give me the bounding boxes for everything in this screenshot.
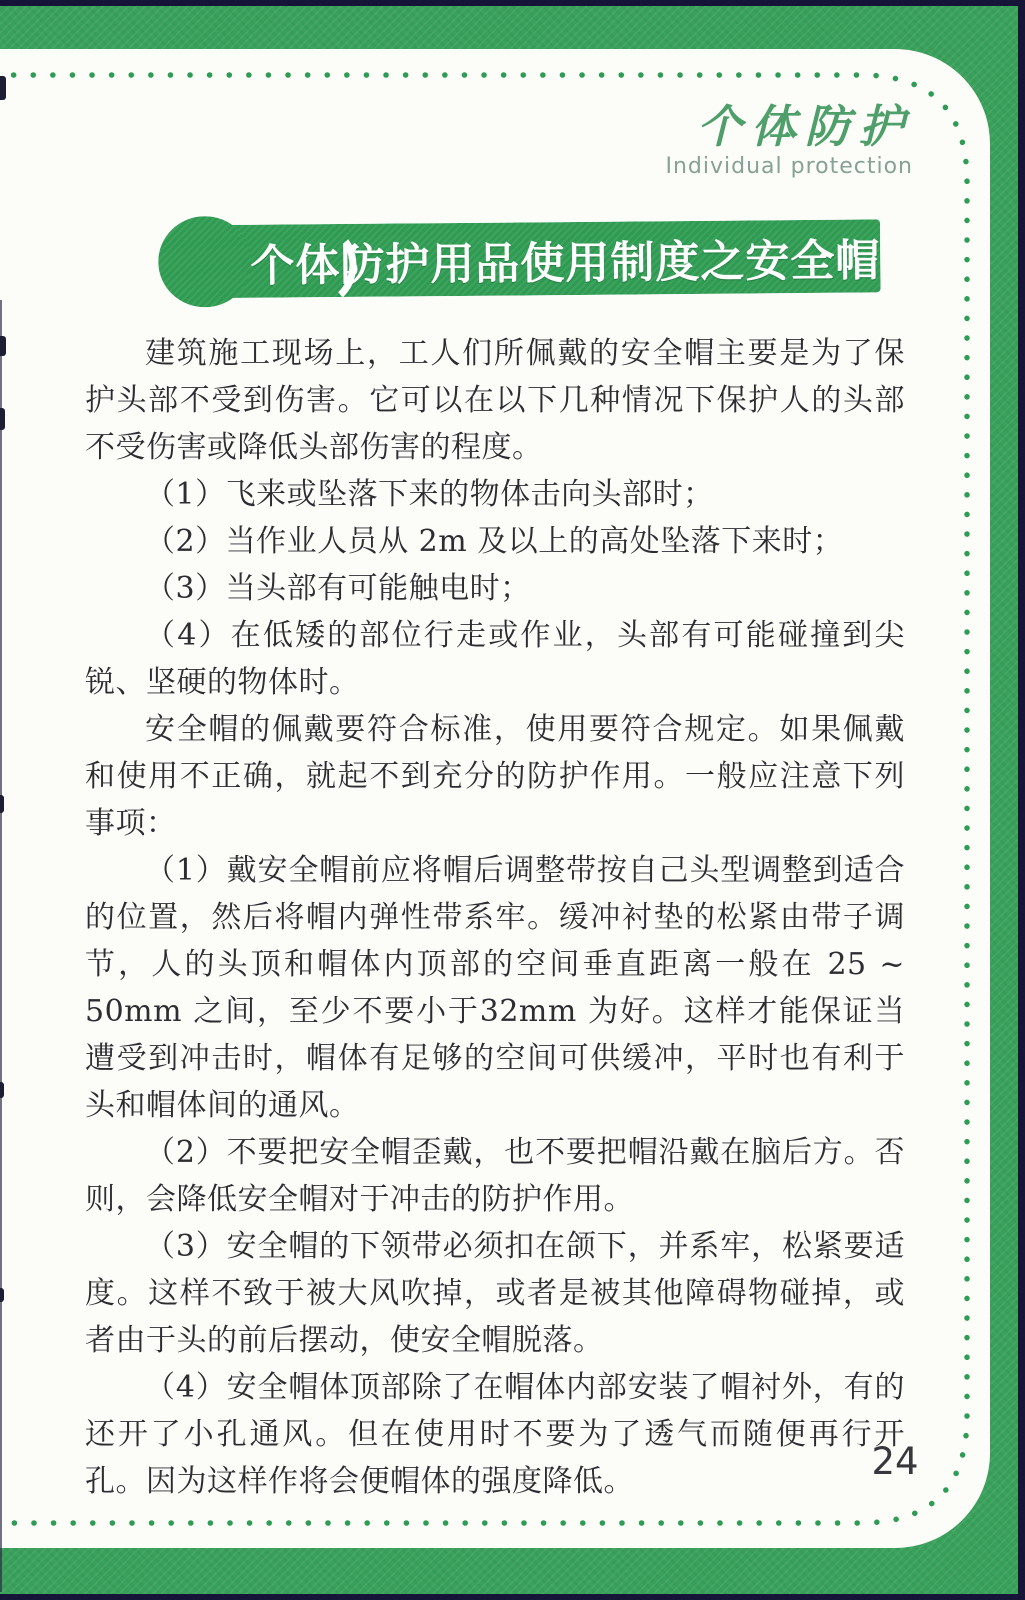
- body-list-item: （4）安全帽体顶部除了在帽体内部安装了帽衬外，有的还开了小孔通风。但在使用时不要…: [85, 1364, 905, 1505]
- binding-edge-artifact: [0, 300, 2, 1592]
- binding-mark: [0, 1288, 4, 1302]
- body-list-item: （1）飞来或坠落下来的物体击向头部时；: [85, 471, 905, 518]
- body-paragraph: 安全帽的佩戴要符合标准，使用要符合规定。如果佩戴和使用不正确，就起不到充分的防护…: [85, 706, 905, 847]
- body-list-item: （4）在低矮的部位行走或作业，头部有可能碰撞到尖锐、坚硬的物体时。: [85, 612, 905, 706]
- page-header: 个体防护 Individual protection: [665, 102, 913, 179]
- article-body: 建筑施工现场上，工人们所佩戴的安全帽主要是为了保护头部不受到伤害。它可以在以下几…: [85, 330, 905, 1505]
- binding-mark: [0, 408, 5, 430]
- body-list-item: （2）当作业人员从 2m 及以上的高处坠落下来时；: [85, 518, 905, 565]
- body-list-item: （3）当头部有可能触电时；: [85, 565, 905, 612]
- body-list-item: （2）不要把安全帽歪戴，也不要把帽沿戴在脑后方。否则，会降低安全帽对于冲击的防护…: [85, 1129, 905, 1223]
- banner-circle-icon: [158, 216, 252, 308]
- page-number: 24: [855, 1440, 935, 1483]
- binding-mark: [0, 1082, 4, 1098]
- binding-mark: [0, 76, 6, 100]
- body-list-item: （3）安全帽的下领带必须扣在颌下，并系牢，松紧要适度。这样不致于被大风吹掉，或者…: [85, 1223, 905, 1364]
- body-list-item: （1）戴安全帽前应将帽后调整带按自己头型调整到适合的位置，然后将帽内弹性带系牢。…: [85, 847, 905, 1129]
- binding-mark: [0, 795, 4, 813]
- scanned-book-page: { "colors": { "navy": "#171537", "frame_…: [0, 0, 1025, 1600]
- binding-mark: [0, 336, 6, 356]
- body-paragraph: 建筑施工现场上，工人们所佩戴的安全帽主要是为了保护头部不受到伤害。它可以在以下几…: [85, 330, 905, 471]
- section-title-english: Individual protection: [665, 154, 913, 179]
- section-title-chinese: 个体防护: [665, 102, 913, 152]
